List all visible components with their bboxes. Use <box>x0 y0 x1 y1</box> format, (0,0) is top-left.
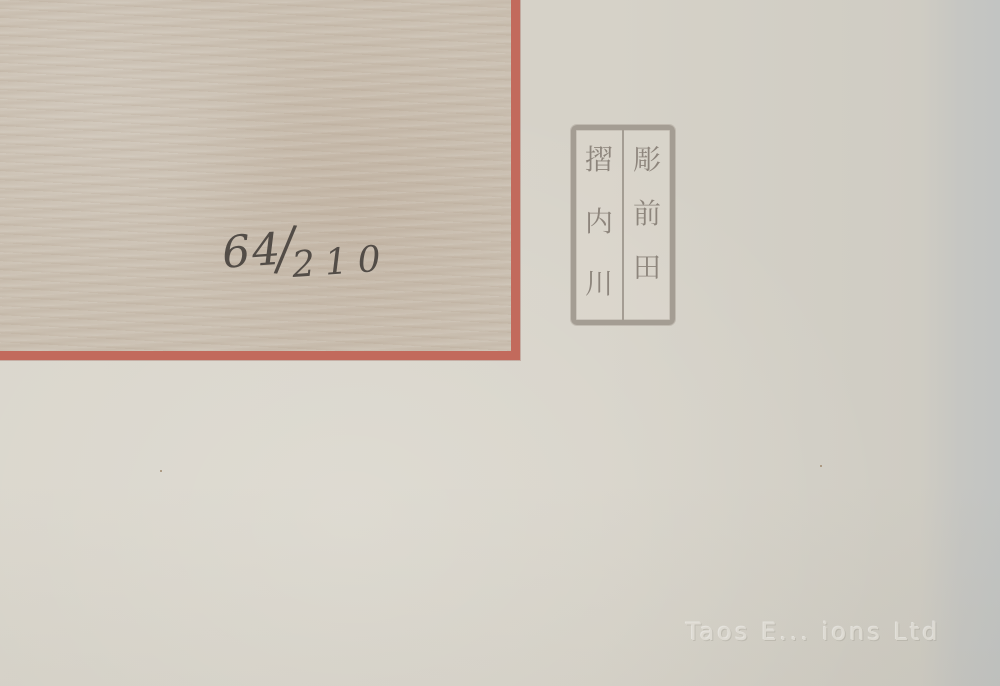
paper-speck <box>820 465 822 467</box>
edition-denominator: 210 <box>291 238 392 286</box>
pencil-edition-number: 64/210 <box>220 216 391 279</box>
seal-char: 田 <box>633 246 661 286</box>
print-image-corner <box>0 0 520 360</box>
seal-char: 内 <box>585 200 613 240</box>
seal-char: 川 <box>585 262 613 302</box>
seal-right-column: 彫 前 田 <box>622 130 670 320</box>
edition-numerator: 64 <box>220 224 283 279</box>
publisher-blind-stamp: Taos E... ions Ltd <box>686 618 941 646</box>
seal-char: 摺 <box>585 138 613 178</box>
paper-speck <box>160 470 162 472</box>
carver-printer-seal: 摺 内 川 彫 前 田 <box>571 125 675 325</box>
seal-left-column: 摺 内 川 <box>576 130 622 320</box>
seal-char: 前 <box>633 192 661 232</box>
seal-char: 彫 <box>633 138 661 178</box>
